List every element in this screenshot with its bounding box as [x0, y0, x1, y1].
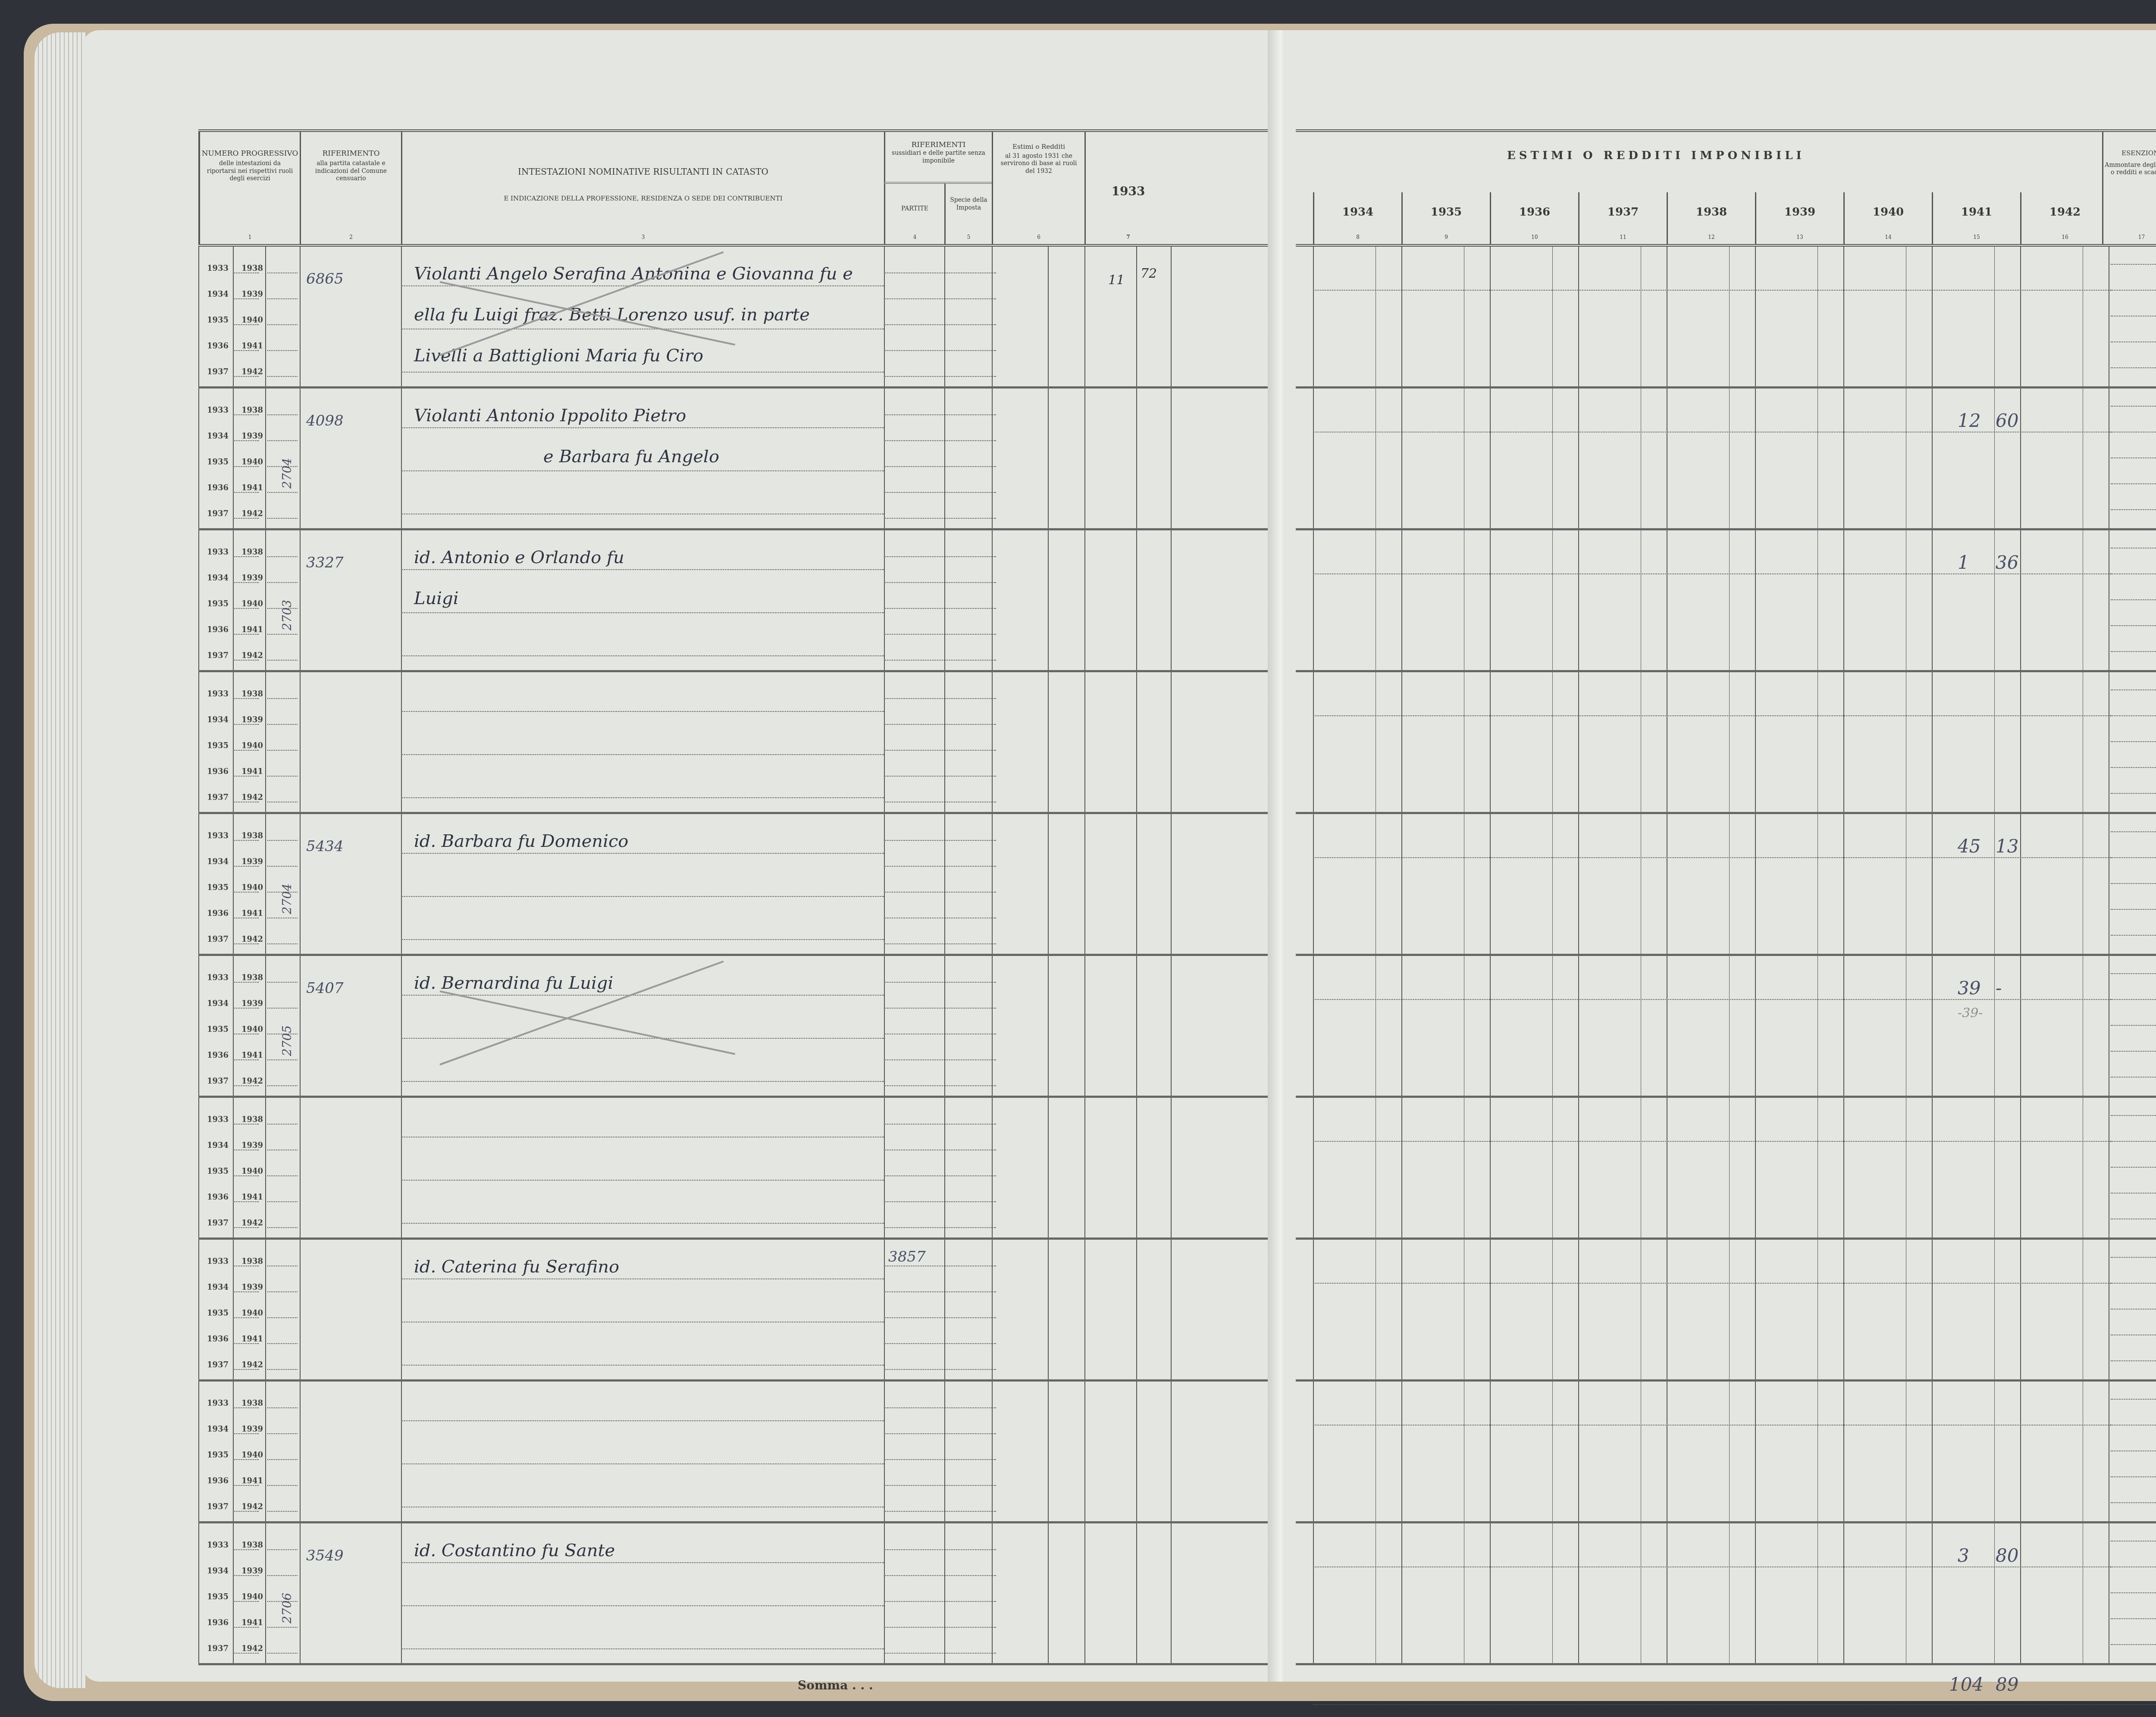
year-label: 1940 [241, 457, 263, 467]
cents-rule [1641, 814, 1641, 954]
column-rule [1084, 389, 1085, 528]
column-rule [265, 247, 266, 386]
cents-rule [2083, 1382, 2083, 1521]
column-rule [1171, 1098, 1172, 1238]
column-rule [233, 389, 234, 528]
name-rule [401, 1223, 884, 1224]
column-number: 15 [1933, 234, 2020, 241]
column-rule [884, 672, 885, 812]
year-label: 1934 [207, 715, 229, 724]
row-rule [267, 750, 298, 751]
header-year-1935: 19359 [1401, 192, 1490, 244]
ledger-entry-values [1296, 1382, 2156, 1523]
cents-rule [1906, 530, 1906, 670]
ledger-entry-values: 1362992 [1296, 530, 2156, 672]
cents-rule [1818, 1240, 1818, 1379]
column-rule [884, 1382, 885, 1521]
row-rule [2111, 935, 2156, 936]
column-rule [1136, 672, 1137, 812]
year-label: 1942 [241, 1219, 263, 1228]
column-rule [1313, 956, 1314, 1096]
column-rule [992, 247, 993, 386]
row-rule [884, 634, 996, 635]
column-rule [2109, 1098, 2109, 1238]
column-rule [401, 1382, 402, 1521]
column-rule [198, 247, 199, 386]
column-rule [1578, 1098, 1579, 1238]
year-label: 1940 [241, 1025, 263, 1034]
cents-rule [1552, 956, 1553, 1096]
column-rule [1755, 672, 1756, 812]
column-rule [884, 956, 885, 1096]
row-rule [267, 866, 298, 867]
row-rule [884, 698, 996, 699]
column-rule [300, 956, 301, 1096]
row-rule [2111, 548, 2156, 548]
year-label: 1934 [207, 573, 229, 583]
row-rule [1313, 432, 2111, 432]
column-rule [2020, 814, 2021, 954]
year-label: 1939 [241, 1425, 263, 1434]
row-rule [233, 1627, 259, 1628]
cents-rule [1552, 1382, 1553, 1521]
name-rule [401, 1038, 884, 1039]
column-rule [992, 814, 993, 954]
column-rule [1313, 672, 1314, 812]
column-rule [233, 1523, 234, 1663]
row-rule [267, 350, 298, 351]
row-rule [267, 660, 298, 661]
column-rule [2020, 1523, 2021, 1663]
header-sub: alla partita catastale e indicazioni del… [301, 158, 401, 185]
row-rule [267, 943, 298, 944]
column-rule [884, 530, 885, 670]
row-rule [884, 1627, 996, 1628]
column-rule [2109, 247, 2109, 386]
row-rule [2111, 625, 2156, 626]
row-rule [267, 298, 298, 299]
row-rule [267, 1653, 298, 1654]
row-rule [884, 1059, 996, 1060]
column-rule [198, 1382, 199, 1521]
cents-rule [1729, 1240, 1730, 1379]
column-rule [944, 530, 945, 670]
row-rule [267, 1459, 298, 1460]
column-rule [1755, 1523, 1756, 1663]
column-rule [1490, 672, 1491, 812]
row-rule [233, 350, 259, 351]
row-rule [884, 1485, 996, 1486]
cents-rule [1818, 1523, 1818, 1663]
cents-rule [1552, 1098, 1553, 1238]
row-rule [884, 724, 996, 725]
cents-rule [1376, 956, 1376, 1096]
name-rule [401, 995, 884, 996]
column-rule [944, 956, 945, 1096]
year-label: 1933 [207, 1541, 229, 1550]
cents-rule [2083, 1523, 2083, 1663]
cents-rule [1994, 1240, 1995, 1379]
name-rule [401, 1322, 884, 1322]
column-rule [1313, 530, 1314, 670]
column-rule [2109, 1240, 2109, 1379]
row-rule [884, 840, 996, 841]
header-intestazioni: INTESTAZIONI NOMINATIVE RISULTANTI IN CA… [401, 132, 884, 244]
year-label: 1938 [241, 973, 263, 982]
column-rule [300, 247, 301, 386]
column-rule [1667, 1382, 1667, 1521]
cents-rule [1641, 247, 1641, 386]
cents-rule [1818, 956, 1818, 1096]
column-rule [2109, 1523, 2109, 1663]
row-rule [884, 1653, 996, 1654]
cents-rule [1906, 1240, 1906, 1379]
row-rule [884, 1407, 996, 1408]
row-rule [884, 1343, 996, 1344]
column-rule [2109, 1382, 2109, 1521]
column-rule [884, 1240, 885, 1379]
year-label: 1939 [241, 432, 263, 441]
header-label: ESENZIONI [2103, 149, 2156, 157]
column-rule [1490, 1098, 1491, 1238]
column-rule [1171, 1382, 1172, 1521]
cents-rule [1641, 956, 1641, 1096]
row-rule [233, 1150, 259, 1150]
partita-number: 3327 [306, 554, 344, 571]
cents-rule [1376, 814, 1376, 954]
cents-rule [1729, 389, 1730, 528]
year-label: 1933 [207, 1115, 229, 1124]
year-label: 1941 [241, 1193, 263, 1202]
row-rule [267, 518, 298, 519]
row-rule [2111, 406, 2156, 407]
year-label: 1934 [207, 432, 229, 441]
year-label: 1939 [241, 1567, 263, 1576]
column-number: 9 [1403, 234, 1490, 241]
row-rule [884, 376, 996, 377]
column-rule [1401, 1240, 1402, 1379]
row-rule [2111, 1077, 2156, 1078]
year-label: 1941 [241, 1476, 263, 1485]
column-rule [992, 530, 993, 670]
row-rule [233, 1059, 259, 1060]
column-rule [265, 956, 266, 1096]
row-rule [2111, 1541, 2156, 1542]
column-rule [1932, 672, 1933, 812]
row-rule [884, 1150, 996, 1150]
column-rule [992, 389, 993, 528]
column-rule [198, 956, 199, 1096]
value-1941-lire: 39 [1958, 978, 1981, 999]
row-rule [233, 1343, 259, 1344]
intestazione-line: id. Antonio e Orlando fu [414, 548, 624, 567]
year-label: 1933 [207, 1257, 229, 1266]
year-label: 1936 [207, 625, 229, 634]
column-rule [1843, 389, 1844, 528]
year-label: 1941 [241, 767, 263, 776]
cents-rule [1906, 1382, 1906, 1521]
row-rule [233, 273, 259, 273]
column-rule [1313, 814, 1314, 954]
column-rule [1136, 814, 1137, 954]
row-rule [2111, 316, 2156, 316]
column-rule [1667, 247, 1667, 386]
header-sub: sussidiari e delle partite senza imponib… [885, 150, 992, 165]
year-label: 1941 [241, 1051, 263, 1060]
column-rule [300, 1382, 301, 1521]
year-label: 1934 [207, 857, 229, 866]
cents-rule [1906, 1098, 1906, 1238]
column-rule [2109, 672, 2109, 812]
row-rule [233, 1433, 259, 1434]
row-rule [267, 1291, 298, 1292]
column-rule [233, 247, 234, 386]
year-header-label: 1934 [1314, 205, 1401, 219]
row-rule [267, 1369, 298, 1370]
row-rule [884, 1227, 996, 1228]
row-rule [884, 1549, 996, 1550]
year-label: 1934 [207, 1283, 229, 1292]
column-rule [1048, 247, 1049, 386]
column-rule [992, 956, 993, 1096]
row-rule [233, 943, 259, 944]
year-header-label: 1940 [1845, 205, 1932, 219]
row-rule [884, 1201, 996, 1202]
column-rule [1084, 672, 1085, 812]
column-rule [1843, 530, 1844, 670]
column-number: 16 [2021, 234, 2109, 241]
year-label: 1936 [207, 1618, 229, 1627]
year-label: 1937 [207, 1219, 229, 1228]
page-edges-left [34, 32, 86, 1688]
cents-rule [1906, 956, 1906, 1096]
row-rule [233, 298, 259, 299]
header-riferimenti: RIFERIMENTI sussidiari e delle partite s… [884, 132, 992, 184]
column-rule [1401, 389, 1402, 528]
column-rule [1578, 389, 1579, 528]
column-number: 11 [1579, 234, 1667, 241]
column-rule [1048, 530, 1049, 670]
row-rule [884, 1601, 996, 1602]
row-rule [884, 608, 996, 609]
row-rule [884, 324, 996, 325]
ledger-entry-values: 12602991 [1296, 389, 2156, 530]
column-rule [1313, 1382, 1314, 1521]
row-rule [233, 866, 259, 867]
row-rule [267, 634, 298, 635]
cents-rule [1729, 956, 1730, 1096]
row-rule [884, 802, 996, 802]
side-reference: 2705 [280, 1025, 294, 1056]
ledger-entry: 1933193819341939193519401936194119371942… [198, 1240, 1341, 1382]
row-rule [884, 1008, 996, 1009]
column-rule [1401, 247, 1402, 386]
cents-rule [1641, 1098, 1641, 1238]
year-label: 1938 [241, 264, 263, 273]
column-rule [300, 1098, 301, 1238]
header-label: RIFERIMENTI [885, 141, 992, 150]
intestazione-line: Luigi [414, 589, 459, 608]
name-rule [401, 939, 884, 940]
row-rule [884, 1124, 996, 1125]
year-label: 1939 [241, 999, 263, 1008]
cents-rule [1818, 389, 1818, 528]
row-rule [2111, 831, 2156, 832]
row-rule [2111, 599, 2156, 600]
column-rule [1843, 1240, 1844, 1379]
column-number: 8 [1314, 234, 1401, 241]
cents-rule [1464, 1098, 1464, 1238]
ledger-entry: 1933193819341939193519401936194119371942… [198, 247, 1341, 389]
name-rule [401, 285, 884, 286]
column-rule [1136, 530, 1137, 670]
row-rule [233, 556, 259, 557]
header-estimi-1931: Estimi o Redditi al 31 agosto 1931 che s… [992, 132, 1084, 244]
column-rule [992, 1382, 993, 1521]
column-rule [1136, 1240, 1137, 1379]
year-label: 1938 [241, 1399, 263, 1408]
left-page: NUMERO PROGRESSIVO delle intestazioni da… [82, 30, 1276, 1682]
row-rule [267, 1150, 298, 1150]
column-number: 14 [1845, 234, 1932, 241]
cents-rule [1994, 1382, 1995, 1521]
column-rule [265, 1098, 266, 1238]
column-rule [300, 530, 301, 670]
row-rule [2111, 264, 2156, 265]
row-rule [884, 1575, 996, 1576]
column-number: 13 [1756, 234, 1843, 241]
column-rule [1136, 1523, 1137, 1663]
column-rule [1136, 1382, 1137, 1521]
year-label: 1934 [207, 1141, 229, 1150]
column-rule [1932, 1523, 1933, 1663]
year-label: 1933 [207, 831, 229, 840]
year-label: 1935 [207, 599, 229, 608]
year-header-label: 1941 [1933, 205, 2020, 219]
year-label: 1936 [207, 767, 229, 776]
cents-rule [1641, 1523, 1641, 1663]
header-label: Specie della Imposta [946, 197, 992, 212]
row-rule [267, 724, 298, 725]
cents-rule [1376, 1098, 1376, 1238]
row-rule [267, 1266, 298, 1266]
year-label: 1937 [207, 1077, 229, 1086]
cents-rule [2083, 956, 2083, 1096]
year-label: 1940 [241, 1309, 263, 1318]
column-rule [1843, 1098, 1844, 1238]
cents-rule [1641, 1240, 1641, 1379]
year-header-label: 1935 [1403, 205, 1490, 219]
column-rule [265, 1382, 266, 1521]
column-rule [1755, 389, 1756, 528]
column-rule [1490, 389, 1491, 528]
year-label: 1938 [241, 548, 263, 557]
year-header-label: 1938 [1668, 205, 1755, 219]
column-rule [1490, 814, 1491, 954]
cents-rule [1464, 1240, 1464, 1379]
header-year-1941: 194115 [1932, 192, 2020, 244]
row-rule [2111, 651, 2156, 652]
year-header-label: 1936 [1491, 205, 1578, 219]
cents-rule [2083, 389, 2083, 528]
row-rule [884, 750, 996, 751]
column-rule [2020, 956, 2021, 1096]
column-rule [401, 814, 402, 954]
somma-row: 104 89 [1296, 1665, 2156, 1717]
column-rule [1843, 672, 1844, 812]
column-number: 1 [200, 234, 300, 241]
year-label: 1934 [207, 1425, 229, 1434]
row-rule [2111, 1335, 2156, 1335]
column-rule [401, 1098, 402, 1238]
column-rule [1932, 956, 1933, 1096]
cents-rule [1994, 956, 1995, 1096]
cents-rule [1376, 1523, 1376, 1663]
row-rule [233, 918, 259, 918]
intestazione-line: Violanti Angelo Serafina Antonina e Giov… [414, 264, 853, 284]
name-rule [401, 896, 884, 897]
name-rule [401, 514, 884, 514]
column-rule [1578, 956, 1579, 1096]
row-rule [267, 1627, 298, 1628]
row-rule [2111, 367, 2156, 368]
row-rule [1313, 715, 2111, 716]
year-label: 1937 [207, 1502, 229, 1511]
side-reference: 2706 [280, 1593, 294, 1623]
row-rule [233, 892, 259, 893]
cents-rule [1994, 247, 1995, 386]
year-label: 1935 [207, 1592, 229, 1601]
row-rule [2111, 1193, 2156, 1194]
year-label: 1942 [241, 367, 263, 376]
intestazione-line: e Barbara fu Angelo [543, 447, 719, 467]
column-rule [2020, 247, 2021, 386]
cents-rule [1552, 247, 1553, 386]
cents-rule [1641, 530, 1641, 670]
row-rule [2111, 1360, 2156, 1361]
row-rule [233, 1124, 259, 1125]
year-label: 1939 [241, 290, 263, 299]
column-rule [233, 1240, 234, 1379]
column-rule [1490, 1240, 1491, 1379]
year-label: 1937 [207, 1644, 229, 1653]
name-rule [401, 1278, 884, 1279]
column-rule [1932, 247, 1933, 386]
year-label: 1937 [207, 651, 229, 660]
column-rule [198, 530, 199, 670]
row-rule [233, 724, 259, 725]
year-label: 1942 [241, 1644, 263, 1653]
row-rule [233, 466, 259, 467]
strike-through [440, 990, 736, 1055]
header-1933: 1933 7 [1084, 132, 1171, 244]
header-sub: Ammontare degli estimi o redditi e scade… [2103, 162, 2156, 177]
row-rule [2111, 1592, 2156, 1593]
row-rule [233, 840, 259, 841]
cents-rule [2083, 672, 2083, 812]
column-rule [1843, 247, 1844, 386]
column-rule [233, 814, 234, 954]
column-rule [1313, 1240, 1314, 1379]
ledger-entry: 1933193819341939193519401936194119371942… [198, 389, 1341, 530]
column-rule [1490, 247, 1491, 386]
year-label: 1937 [207, 935, 229, 944]
cents-rule [1818, 1098, 1818, 1238]
year-label: 1937 [207, 793, 229, 802]
ledger-entry: 1933193819341939193519401936194119371942… [198, 814, 1341, 956]
row-rule [267, 582, 298, 583]
year-label: 1936 [207, 1335, 229, 1344]
